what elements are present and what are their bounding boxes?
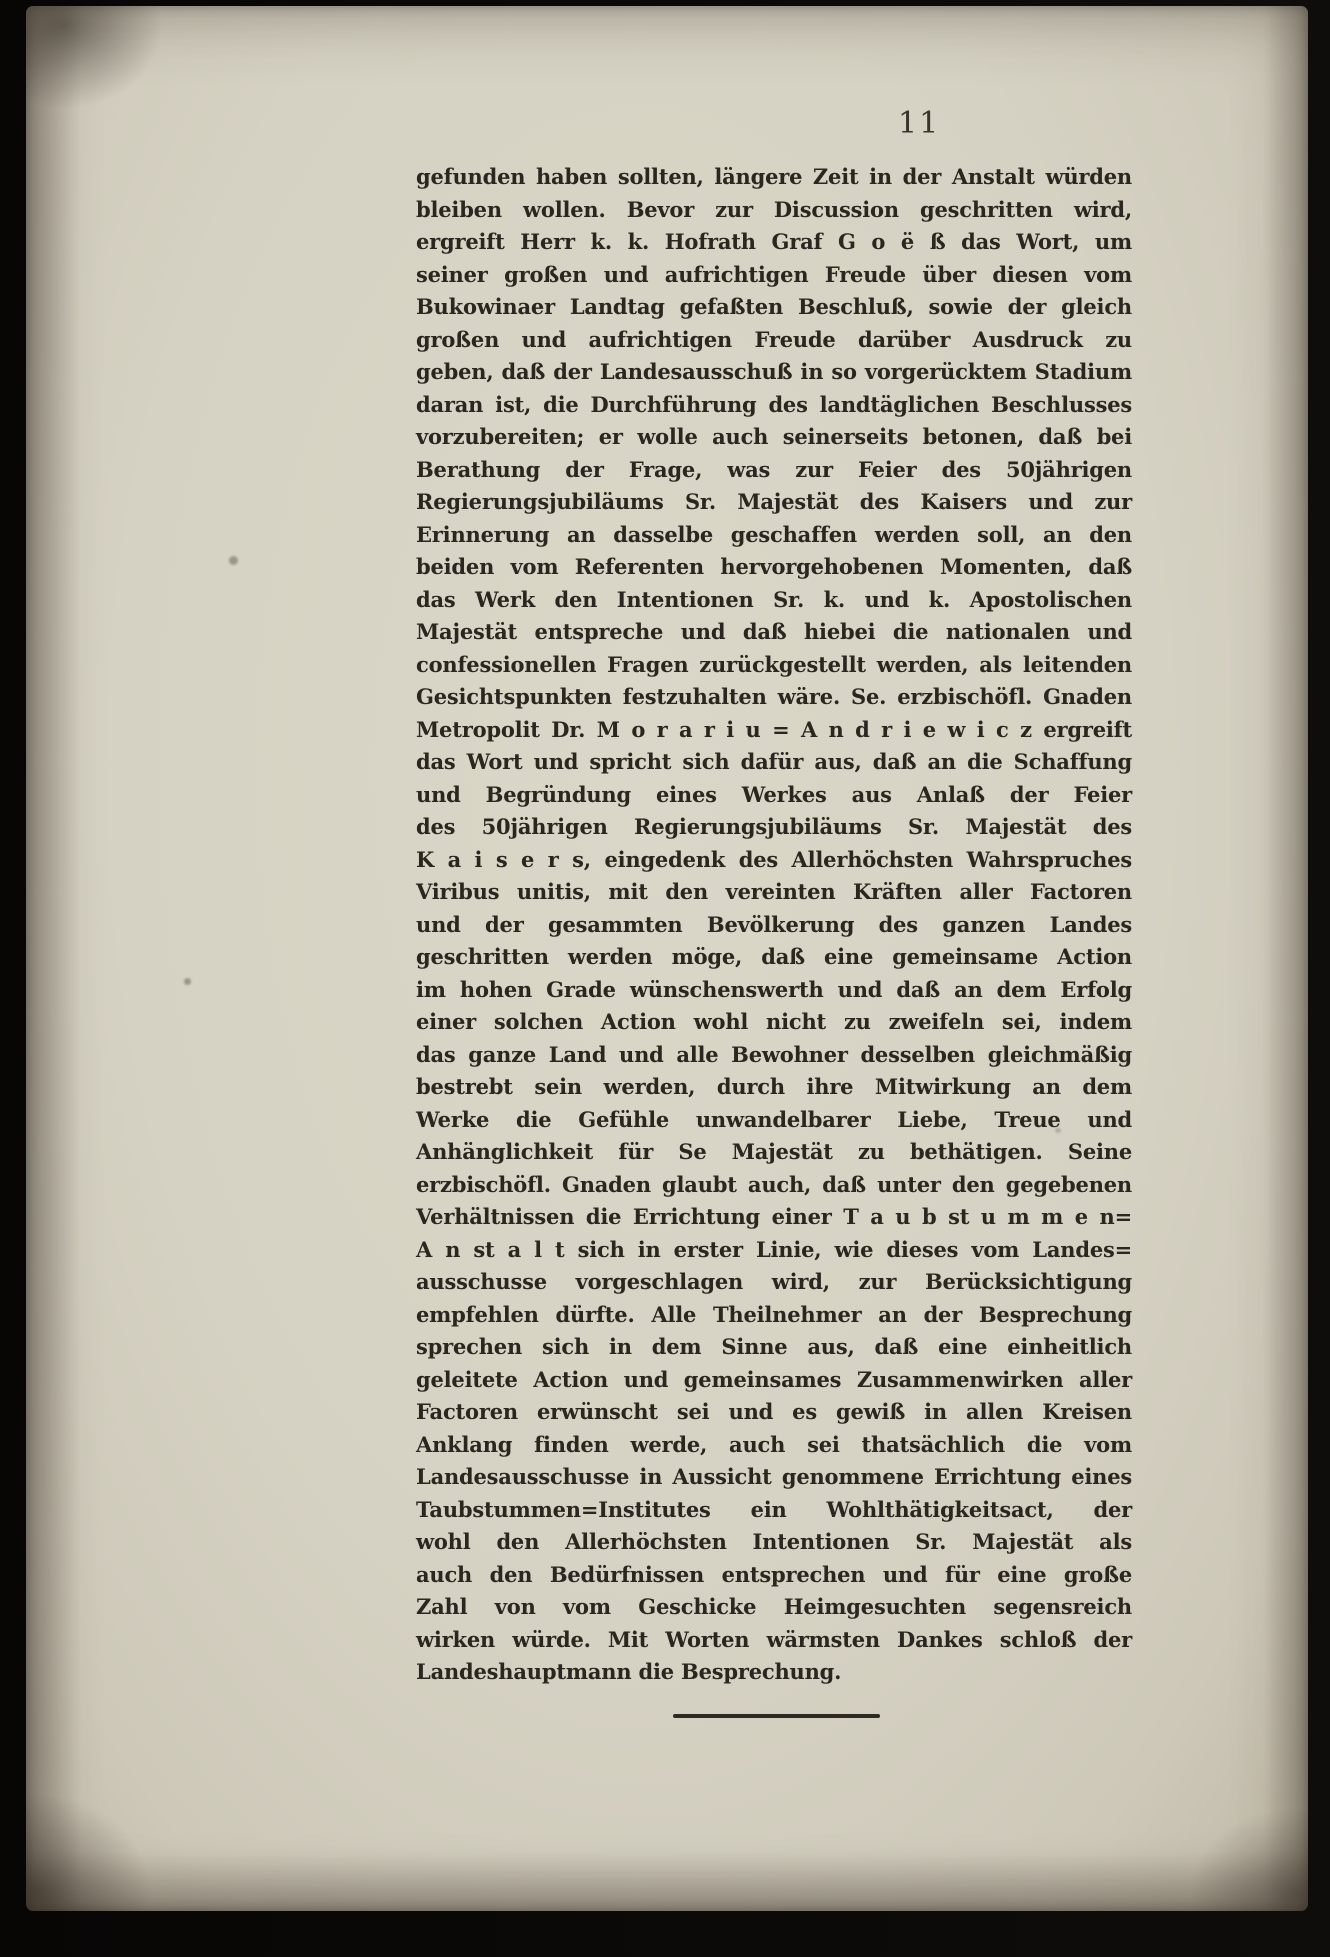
text-line: Landeshauptmann die Besprechung.	[416, 1656, 1132, 1689]
text-line: ergreift Herr k. k. Hofrath Graf G o ë ß…	[416, 226, 1132, 259]
text-line: Erinnerung an dasselbe geschaffen werden…	[416, 519, 1132, 552]
text-line: Anhänglichkeit für Se Majestät zu bethät…	[416, 1136, 1132, 1169]
text-line: sprechen sich in dem Sinne aus, daß eine…	[416, 1331, 1132, 1364]
text-line: Werke die Gefühle unwandelbarer Liebe, T…	[416, 1104, 1132, 1137]
paper-stain	[184, 978, 191, 985]
text-line: das Werk den Intentionen Sr. k. und k. A…	[416, 584, 1132, 617]
text-line: geleitete Action und gemeinsames Zusamme…	[416, 1364, 1132, 1397]
text-line: A n st a l t sich in erster Linie, wie d…	[416, 1234, 1132, 1267]
text-line: Metropolit Dr. M o r a r i u = A n d r i…	[416, 714, 1132, 747]
text-line: gefunden haben sollten, längere Zeit in …	[416, 161, 1132, 194]
page-number: 11	[898, 106, 940, 141]
book-page: 11 gefunden haben sollten, längere Zeit …	[26, 6, 1308, 1911]
text-line: geben, daß der Landesausschuß in so vorg…	[416, 356, 1132, 389]
text-line: Landesausschusse in Aussicht genommene E…	[416, 1461, 1132, 1494]
text-line: Taubstummen=Institutes ein Wohlthätigkei…	[416, 1494, 1132, 1527]
text-line: bleiben wollen. Bevor zur Discussion ges…	[416, 194, 1132, 227]
text-line: daran ist, die Durchführung des landtägl…	[416, 389, 1132, 422]
text-line: Berathung der Frage, was zur Feier des 5…	[416, 454, 1132, 487]
text-line: im hohen Grade wünschenswerth und daß an…	[416, 974, 1132, 1007]
scanned-book-photo: 11 gefunden haben sollten, längere Zeit …	[0, 0, 1330, 1957]
text-line: ausschusse vorgeschlagen wird, zur Berüc…	[416, 1266, 1132, 1299]
text-line: beiden vom Referenten hervorgehobenen Mo…	[416, 551, 1132, 584]
text-line: Anklang finden werde, auch sei thatsächl…	[416, 1429, 1132, 1462]
text-line: Regierungsjubiläums Sr. Majestät des Kai…	[416, 486, 1132, 519]
text-line: das ganze Land und alle Bewohner desselb…	[416, 1039, 1132, 1072]
text-line: vorzubereiten; er wolle auch seinerseits…	[416, 421, 1132, 454]
section-divider	[673, 1714, 880, 1718]
text-line: Viribus unitis, mit den vereinten Kräfte…	[416, 876, 1132, 909]
text-line: und Begründung eines Werkes aus Anlaß de…	[416, 779, 1132, 812]
text-line: K a i s e r s, eingedenk des Allerhöchst…	[416, 844, 1132, 877]
text-line: wirken würde. Mit Worten wärmsten Dankes…	[416, 1624, 1132, 1657]
text-line: empfehlen dürfte. Alle Theilnehmer an de…	[416, 1299, 1132, 1332]
text-line: Verhältnissen die Errichtung einer T a u…	[416, 1201, 1132, 1234]
text-line: erzbischöfl. Gnaden glaubt auch, daß unt…	[416, 1169, 1132, 1202]
text-line: Zahl von vom Geschicke Heimgesuchten seg…	[416, 1591, 1132, 1624]
text-line: Factoren erwünscht sei und es gewiß in a…	[416, 1396, 1132, 1429]
text-line: seiner großen und aufrichtigen Freude üb…	[416, 259, 1132, 292]
text-line: wohl den Allerhöchsten Intentionen Sr. M…	[416, 1526, 1132, 1559]
paper-stain	[1055, 1128, 1061, 1133]
text-line: bestrebt sein werden, durch ihre Mitwirk…	[416, 1071, 1132, 1104]
text-line: auch den Bedürfnissen entsprechen und fü…	[416, 1559, 1132, 1592]
text-line: und der gesammten Bevölkerung des ganzen…	[416, 909, 1132, 942]
body-text-block: gefunden haben sollten, längere Zeit in …	[416, 161, 1132, 1689]
text-line: Bukowinaer Landtag gefaßten Beschluß, so…	[416, 291, 1132, 324]
text-line: Majestät entspreche und daß hiebei die n…	[416, 616, 1132, 649]
text-line: confessionellen Fragen zurückgestellt we…	[416, 649, 1132, 682]
text-line: Gesichtspunkten festzuhalten wäre. Se. e…	[416, 681, 1132, 714]
text-line: einer solchen Action wohl nicht zu zweif…	[416, 1006, 1132, 1039]
paper-stain	[229, 556, 238, 565]
text-line: des 50jährigen Regierungsjubiläums Sr. M…	[416, 811, 1132, 844]
text-line: das Wort und spricht sich dafür aus, daß…	[416, 746, 1132, 779]
text-line: großen und aufrichtigen Freude darüber A…	[416, 324, 1132, 357]
text-line: geschritten werden möge, daß eine gemein…	[416, 941, 1132, 974]
